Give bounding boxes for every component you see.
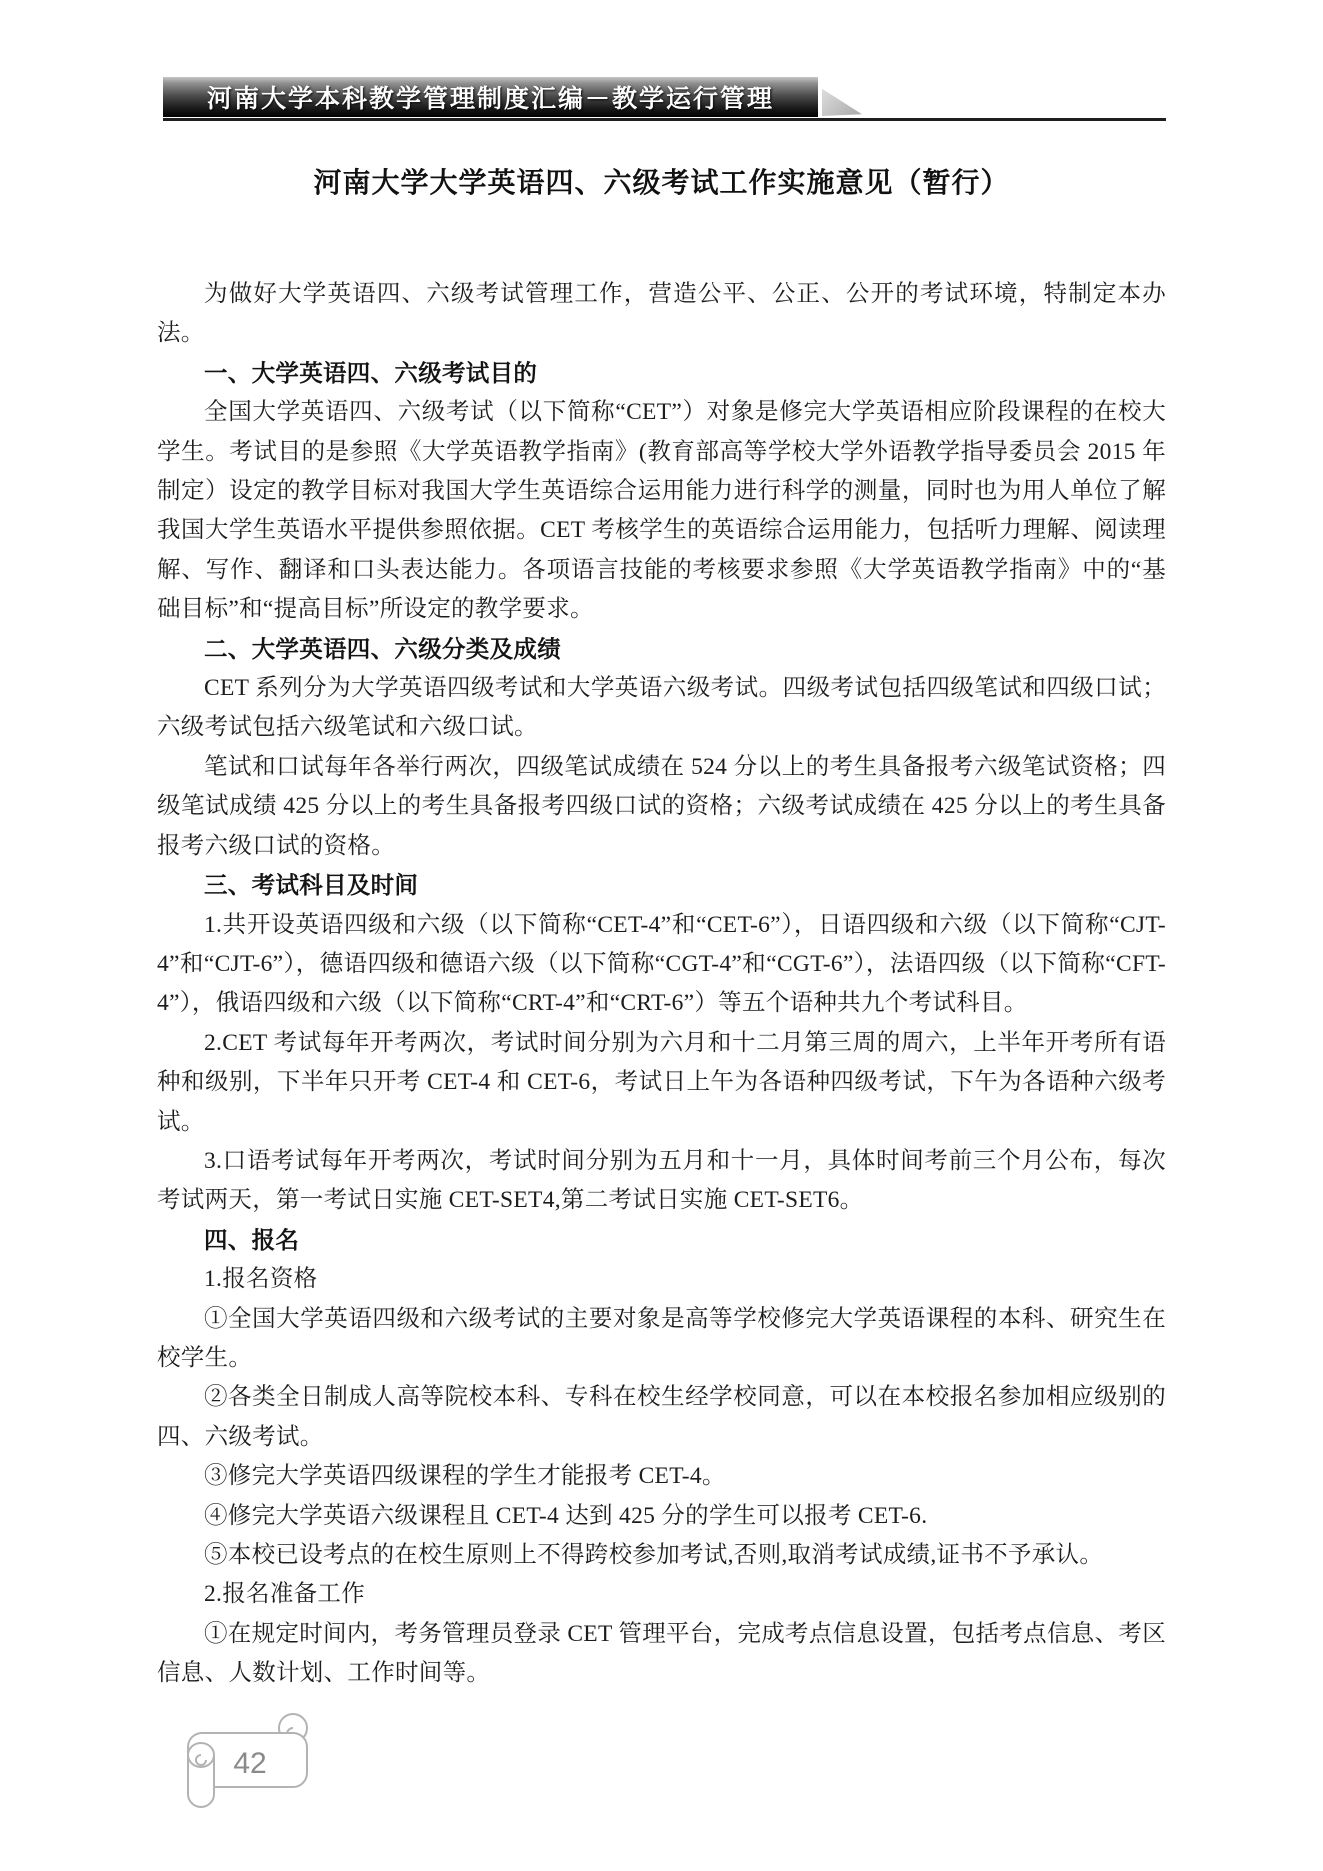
- paragraph: 全国大学英语四、六级考试（以下简称“CET”）对象是修完大学英语相应阶段课程的在…: [157, 393, 1166, 629]
- paragraph: ⑤本校已设考点的在校生原则上不得跨校参加考试,否则,取消考试成绩,证书不予承认。: [157, 1536, 1166, 1575]
- paragraph: ①全国大学英语四级和六级考试的主要对象是高等学校修完大学英语课程的本科、研究生在…: [157, 1300, 1166, 1379]
- section-heading: 四、报名: [157, 1221, 1166, 1260]
- header-banner-text: 河南大学本科教学管理制度汇编－教学运行管理: [207, 79, 774, 115]
- header-banner: 河南大学本科教学管理制度汇编－教学运行管理: [163, 77, 818, 117]
- header-rule: [163, 118, 1166, 121]
- document-body: 为做好大学英语四、六级考试管理工作，营造公平、公正、公开的考试环境，特制定本办法…: [157, 275, 1166, 1694]
- paragraph: 笔试和口试每年各举行两次，四级笔试成绩在 524 分以上的考生具备报考六级笔试资…: [157, 748, 1166, 866]
- paragraph: CET 系列分为大学英语四级考试和大学英语六级考试。四级考试包括四级笔试和四级口…: [157, 669, 1166, 748]
- document-title: 河南大学大学英语四、六级考试工作实施意见（暂行）: [157, 161, 1166, 201]
- paragraph: 为做好大学英语四、六级考试管理工作，营造公平、公正、公开的考试环境，特制定本办法…: [157, 275, 1166, 354]
- paragraph: 3.口语考试每年开考两次，考试时间分别为五月和十一月，具体时间考前三个月公布，每…: [157, 1142, 1166, 1221]
- section-heading: 三、考试科目及时间: [157, 866, 1166, 905]
- paragraph: ③修完大学英语四级课程的学生才能报考 CET-4。: [157, 1457, 1166, 1496]
- paragraph: ①在规定时间内，考务管理员登录 CET 管理平台，完成考点信息设置，包括考点信息…: [157, 1615, 1166, 1694]
- paragraph: 1.报名资格: [157, 1260, 1166, 1299]
- scroll-icon: 42: [146, 1704, 336, 1829]
- page-number: 42: [233, 1747, 266, 1780]
- section-heading: 二、大学英语四、六级分类及成绩: [157, 630, 1166, 669]
- paragraph: 1.共开设英语四级和六级（以下简称“CET-4”和“CET-6”），日语四级和六…: [157, 906, 1166, 1024]
- page-footer: 42: [146, 1704, 336, 1829]
- paragraph: 2.报名准备工作: [157, 1575, 1166, 1614]
- paragraph: 2.CET 考试每年开考两次，考试时间分别为六月和十二月第三周的周六，上半年开考…: [157, 1024, 1166, 1142]
- document-page: 河南大学本科教学管理制度汇编－教学运行管理 河南大学大学英语四、六级考试工作实施…: [0, 0, 1323, 1871]
- header-arrow-decoration: [822, 87, 862, 116]
- section-heading: 一、大学英语四、六级考试目的: [157, 354, 1166, 393]
- paragraph: ②各类全日制成人高等院校本科、专科在校生经学校同意，可以在本校报名参加相应级别的…: [157, 1378, 1166, 1457]
- paragraph: ④修完大学英语六级课程且 CET-4 达到 425 分的学生可以报考 CET-6…: [157, 1497, 1166, 1536]
